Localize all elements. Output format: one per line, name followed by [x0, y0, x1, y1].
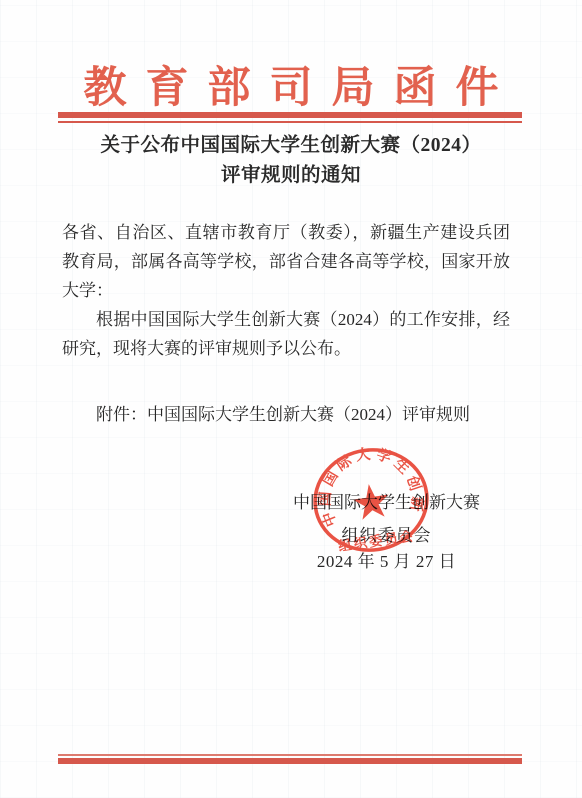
bottom-separator-thick-line — [58, 758, 522, 764]
top-separator-thick-line — [58, 112, 522, 118]
document-title-line1: 关于公布中国国际大学生创新大赛（2024） — [0, 131, 582, 161]
attachment-paragraph: 附件：中国国际大学生创新大赛（2024）评审规则 — [62, 400, 510, 429]
official-red-seal: 中国国际大学生创新大赛 组织委员会 — [309, 445, 433, 557]
bottom-separator-thin-line — [58, 754, 522, 756]
scanned-document-page: 教育部司局函件 关于公布中国国际大学生创新大赛（2024） 评审规则的通知 各省… — [0, 0, 582, 798]
document-header-banner: 教育部司局函件 — [0, 54, 582, 115]
salutation-paragraph: 各省、自治区、直辖市教育厅（教委），新疆生产建设兵团 教育局，部属各高等学校，部… — [62, 218, 510, 305]
document-title: 关于公布中国国际大学生创新大赛（2024） 评审规则的通知 — [0, 131, 582, 191]
salutation-line-1: 各省、自治区、直辖市教育厅（教委），新疆生产建设兵团 — [62, 218, 510, 247]
top-separator-thin-line — [58, 121, 522, 123]
document-title-line2: 评审规则的通知 — [0, 161, 582, 191]
seal-star-icon — [351, 482, 392, 521]
body-paragraph: 根据中国国际大学生创新大赛（2024）的工作安排，经 研究，现将大赛的评审规则予… — [62, 305, 510, 363]
body-paragraph-line-1: 根据中国国际大学生创新大赛（2024）的工作安排，经 — [62, 305, 510, 334]
attachment-line: 附件：中国国际大学生创新大赛（2024）评审规则 — [62, 400, 510, 429]
body-paragraph-line-2: 研究，现将大赛的评审规则予以公布。 — [62, 334, 510, 363]
salutation-line-2: 教育局，部属各高等学校，部省合建各高等学校，国家开放 — [62, 247, 510, 276]
salutation-line-3: 大学： — [62, 276, 510, 305]
